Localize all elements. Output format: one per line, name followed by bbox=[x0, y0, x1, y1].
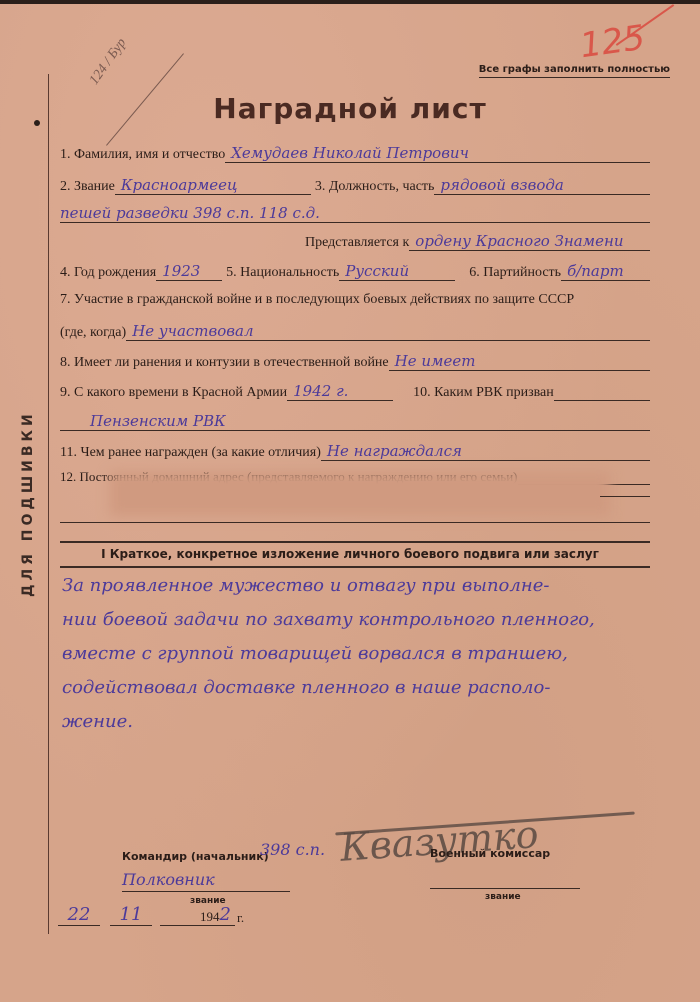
field-label: 11. Чем ранее награжден (за какие отличи… bbox=[60, 445, 321, 461]
field-label: 9. С какого времени в Красной Армии bbox=[60, 385, 287, 401]
document-title: Наградной лист bbox=[0, 92, 700, 125]
field-label: 5. Национальность bbox=[226, 265, 339, 281]
nationality-value: Русский bbox=[339, 262, 455, 281]
section-title: I Краткое, конкретное изложение личного … bbox=[0, 547, 700, 561]
position-value-continued: пешей разведки 398 с.п. 118 с.д. bbox=[60, 204, 650, 223]
commissar-rank-caption: звание bbox=[485, 892, 521, 902]
rvk-blank bbox=[554, 382, 650, 401]
commissar-rank-line bbox=[430, 888, 580, 889]
narrative-line: содействовал доставке пленного в наше ра… bbox=[62, 671, 650, 705]
field-wounds: 8. Имеет ли ранения и контузии в отечест… bbox=[60, 352, 650, 371]
field-label: 2. Звание bbox=[60, 179, 115, 195]
field-label: (где, когда) bbox=[60, 325, 126, 341]
address-line bbox=[60, 522, 650, 523]
rank-value: Красноармеец bbox=[115, 176, 311, 195]
field-civil-war-label: 7. Участие в гражданской войне и в после… bbox=[60, 292, 650, 308]
date-year-prefix: 194 bbox=[200, 909, 220, 926]
address-line bbox=[600, 496, 650, 497]
rvk-value: Пензенским РВК bbox=[60, 412, 650, 431]
commander-label: Командир (начальник) bbox=[122, 850, 269, 863]
pencil-annotation: 124 / Бур bbox=[87, 36, 131, 89]
birth-year-value: 1923 bbox=[156, 262, 222, 281]
field-represented-for: Представляется к ордену Красного Знамени bbox=[305, 232, 650, 251]
red-archive-number: 125 bbox=[578, 18, 648, 67]
rank-line bbox=[122, 891, 290, 892]
binding-margin-line bbox=[48, 74, 49, 934]
binding-label: ДЛЯ ПОДШИВКИ bbox=[8, 404, 48, 604]
field-birth-nationality-party: 4. Год рождения 1923 5. Национальность Р… bbox=[60, 262, 650, 281]
full-name-value: Хемудаев Николай Петрович bbox=[225, 144, 650, 163]
field-civil-war: (где, когда) Не участвовал bbox=[60, 322, 650, 341]
field-full-name: 1. Фамилия, имя и отчество Хемудаев Нико… bbox=[60, 144, 650, 163]
section-rule-top bbox=[60, 541, 650, 543]
service-since-value: 1942 г. bbox=[287, 382, 393, 401]
position-value: рядовой взвода bbox=[434, 176, 650, 195]
date-suffix: г. bbox=[237, 910, 244, 926]
field-label: Представляется к bbox=[305, 235, 409, 251]
award-sheet: ДЛЯ ПОДШИВКИ 124 / Бур 125 Все графы зап… bbox=[0, 0, 700, 1002]
date-month: 11 bbox=[110, 904, 152, 926]
commander-signature: Квазутко bbox=[339, 812, 540, 870]
represented-for-value: ордену Красного Знамени bbox=[409, 232, 650, 251]
field-label: 1. Фамилия, имя и отчество bbox=[60, 147, 225, 163]
narrative-line: нии боевой задачи по захвату контрольног… bbox=[62, 603, 650, 637]
wounds-value: Не имеет bbox=[389, 352, 650, 371]
commissar-label: Военный комиссар bbox=[430, 847, 550, 860]
field-label: 8. Имеет ли ранения и контузии в отечест… bbox=[60, 355, 389, 371]
field-service-since: 9. С какого времени в Красной Армии 1942… bbox=[60, 382, 650, 401]
date-year-suffix: 2 bbox=[220, 904, 235, 926]
narrative-line: жение. bbox=[62, 705, 650, 739]
fill-instruction: Все графы заполнить полностью bbox=[479, 64, 670, 78]
field-label: 3. Должность, часть bbox=[315, 179, 435, 195]
narrative-line: вместе с группой товарищей ворвался в тр… bbox=[62, 637, 650, 671]
civil-war-value: Не участвовал bbox=[126, 322, 650, 341]
field-label: 4. Год рождения bbox=[60, 265, 156, 281]
narrative-line: За проявленное мужество и отвагу при вып… bbox=[62, 569, 650, 603]
field-rvk-continued: Пензенским РВК bbox=[60, 412, 650, 431]
party-value: б/парт bbox=[561, 262, 650, 281]
field-label: 10. Каким РВК призван bbox=[413, 385, 554, 401]
feat-narrative: За проявленное мужество и отвагу при вып… bbox=[62, 569, 650, 739]
previous-awards-value: Не награждался bbox=[321, 442, 650, 461]
date-day: 22 bbox=[58, 904, 100, 926]
field-rank-position: 2. Звание Красноармеец 3. Должность, час… bbox=[60, 176, 650, 195]
field-position-continued: пешей разведки 398 с.п. 118 с.д. bbox=[60, 204, 650, 223]
commander-rank: Полковник bbox=[122, 870, 215, 889]
commander-unit: 398 с.п. bbox=[260, 840, 325, 859]
section-rule-bottom bbox=[60, 566, 650, 568]
date: 22 11 194 2 г. bbox=[58, 904, 244, 926]
field-previous-awards: 11. Чем ранее награжден (за какие отличи… bbox=[60, 442, 650, 461]
redacted-address bbox=[110, 472, 610, 516]
field-label: 7. Участие в гражданской войне и в после… bbox=[60, 292, 574, 308]
field-label: 6. Партийность bbox=[469, 265, 561, 281]
